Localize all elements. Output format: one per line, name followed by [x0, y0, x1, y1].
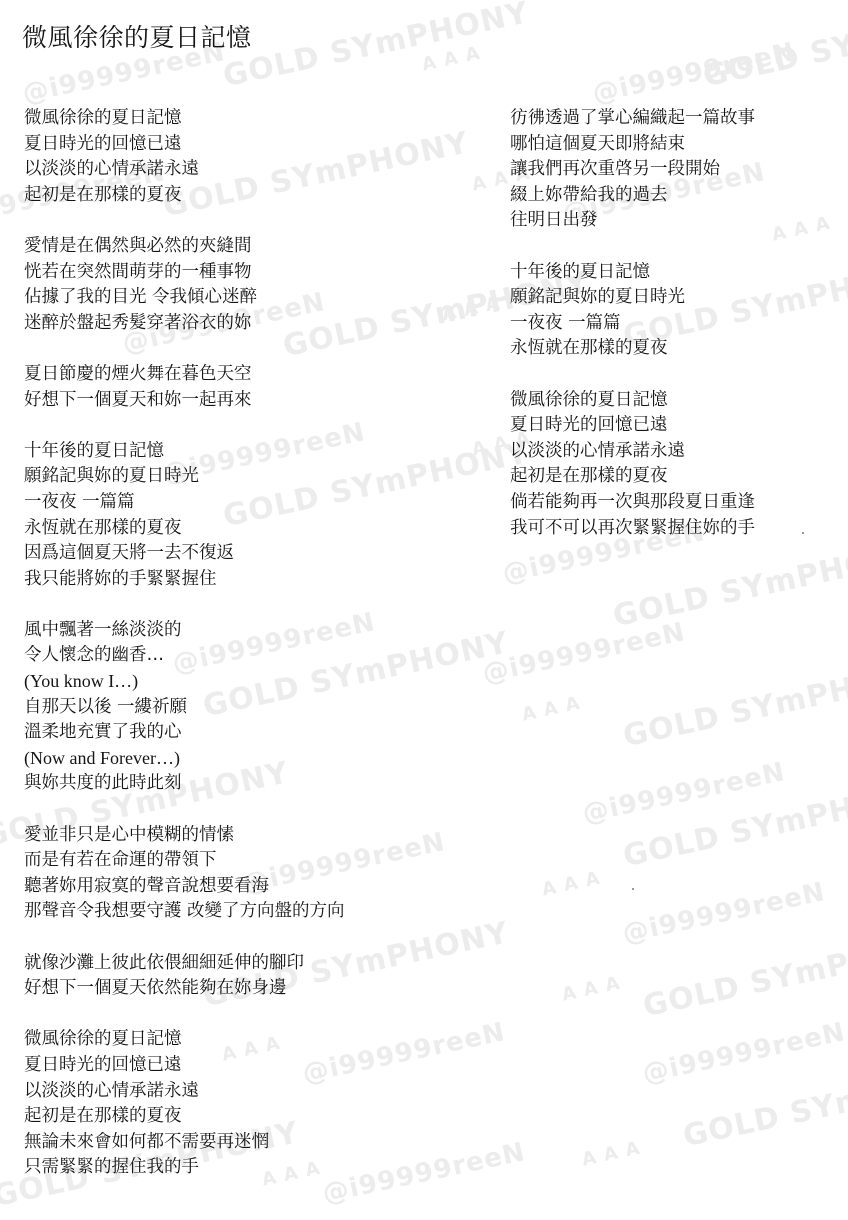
lyric-line: 一夜夜 一篇篇 [24, 490, 345, 516]
watermark-text: GOLD SYmPHONY [220, 0, 532, 94]
watermark-text: A A A [420, 43, 482, 76]
lyric-line: 那聲音令我想要守護 改變了方向盤的方向 [24, 899, 345, 925]
watermark-text: GOLD SYmPHONY [680, 1055, 848, 1154]
watermark-text: @i99999reeN [590, 37, 798, 109]
lyric-line: 起初是在那樣的夏夜 [510, 464, 755, 490]
watermark-text: A A A [520, 693, 582, 726]
watermark-text: @i99999reeN [480, 617, 688, 689]
watermark-text: @i99999reeN [640, 1017, 848, 1089]
watermark-text: A A A [560, 973, 622, 1006]
watermark-text: A A A [770, 213, 832, 246]
stanza: 風中飄著一絲淡淡的 令人懷念的幽香… (You know I…) 自那天以後 一… [24, 618, 345, 797]
lyric-line: 願銘記與妳的夏日時光 [24, 464, 345, 490]
lyric-line: 哪怕這個夏天即將結束 [510, 132, 755, 158]
lyric-line: 起初是在那樣的夏夜 [24, 1104, 345, 1130]
lyric-line: 願銘記與妳的夏日時光 [510, 285, 755, 311]
lyric-line: 就像沙灘上彼此依偎細細延伸的腳印 [24, 951, 345, 977]
stanza: 就像沙灘上彼此依偎細細延伸的腳印 好想下一個夏天依然能夠在妳身邊 [24, 951, 345, 1002]
lyric-line: 只需緊緊的握住我的手 [24, 1155, 345, 1181]
scan-speck [802, 532, 804, 534]
lyric-line: (You know I…) [24, 669, 345, 695]
watermark-text: @i99999reeN [580, 757, 788, 829]
lyric-line: 十年後的夏日記憶 [24, 439, 345, 465]
page-title: 微風徐徐的夏日記憶 [22, 20, 252, 56]
lyric-line: 讓我們再次重啓另一段開始 [510, 157, 755, 183]
watermark-text: GOLD SYmPHONY [620, 655, 848, 754]
lyric-line: 往明日出發 [510, 208, 755, 234]
lyric-line: 綴上妳帶給我的過去 [510, 183, 755, 209]
lyric-line: 微風徐徐的夏日記憶 [24, 106, 345, 132]
watermark-text: GOLD SYmPHONY [640, 925, 848, 1024]
stanza: 微風徐徐的夏日記憶 夏日時光的回憶已遠 以淡淡的心情承諾永遠 起初是在那樣的夏夜… [510, 388, 755, 542]
lyric-line: 永恆就在那樣的夏夜 [24, 516, 345, 542]
lyric-line: 微風徐徐的夏日記憶 [24, 1027, 345, 1053]
lyric-line: 以淡淡的心情承諾永遠 [510, 439, 755, 465]
lyric-line: 愛並非只是心中模糊的情愫 [24, 823, 345, 849]
lyric-line: 自那天以後 一縷祈願 [24, 695, 345, 721]
lyric-line: 愛情是在偶然與必然的夾縫間 [24, 234, 345, 260]
lyric-line: 以淡淡的心情承諾永遠 [24, 157, 345, 183]
stanza: 愛情是在偶然與必然的夾縫間 恍若在突然間萌芽的一種事物 佔據了我的目光 令我傾心… [24, 234, 345, 336]
stanza: 十年後的夏日記憶 願銘記與妳的夏日時光 一夜夜 一篇篇 永恆就在那樣的夏夜 [510, 260, 755, 362]
stanza: 愛並非只是心中模糊的情愫 而是有若在命運的帶領下 聽著妳用寂寞的聲音說想要看海 … [24, 823, 345, 925]
lyric-line: 與妳共度的此時此刻 [24, 771, 345, 797]
watermark-text: A A A [440, 293, 502, 326]
lyric-line: 溫柔地充實了我的心 [24, 720, 345, 746]
lyric-line: 夏日時光的回憶已遠 [24, 132, 345, 158]
lyric-line: 夏日節慶的煙火舞在暮色天空 [24, 362, 345, 388]
lyric-line: 好想下一個夏天和妳一起再來 [24, 388, 345, 414]
watermark-text: GOLD SYmPHONY [700, 0, 848, 94]
lyric-line: 佔據了我的目光 令我傾心迷醉 [24, 285, 345, 311]
lyric-line: 風中飄著一絲淡淡的 [24, 618, 345, 644]
lyric-line: 微風徐徐的夏日記憶 [510, 388, 755, 414]
lyric-line: 聽著妳用寂寞的聲音說想要看海 [24, 874, 345, 900]
lyric-line: 起初是在那樣的夏夜 [24, 183, 345, 209]
stanza: 微風徐徐的夏日記憶 夏日時光的回憶已遠 以淡淡的心情承諾永遠 起初是在那樣的夏夜… [24, 1027, 345, 1181]
scan-speck [632, 888, 634, 890]
lyric-line: (Now and Forever…) [24, 746, 345, 772]
lyric-line: 夏日時光的回憶已遠 [510, 413, 755, 439]
lyric-line: 倘若能夠再一次與那段夏日重逢 [510, 490, 755, 516]
lyric-line: 十年後的夏日記憶 [510, 260, 755, 286]
stanza: 十年後的夏日記憶 願銘記與妳的夏日時光 一夜夜 一篇篇 永恆就在那樣的夏夜 因爲… [24, 439, 345, 593]
lyric-line: 而是有若在命運的帶領下 [24, 848, 345, 874]
lyric-line: 迷醉於盤起秀髮穿著浴衣的妳 [24, 311, 345, 337]
lyric-line: 以淡淡的心情承諾永遠 [24, 1079, 345, 1105]
watermark-text: GOLD SYmPHONY [620, 775, 848, 874]
lyrics-column-right: 彷彿透過了掌心編織起一篇故事 哪怕這個夏天即將結束 讓我們再次重啓另一段開始 綴… [510, 106, 755, 567]
watermark-text: @i99999reeN [620, 877, 828, 949]
stanza: 微風徐徐的夏日記憶 夏日時光的回憶已遠 以淡淡的心情承諾永遠 起初是在那樣的夏夜 [24, 106, 345, 208]
lyric-line: 永恆就在那樣的夏夜 [510, 336, 755, 362]
lyrics-column-left: 微風徐徐的夏日記憶 夏日時光的回憶已遠 以淡淡的心情承諾永遠 起初是在那樣的夏夜… [24, 106, 345, 1207]
lyric-line: 我可不可以再次緊緊握住妳的手 [510, 516, 755, 542]
lyric-line: 夏日時光的回憶已遠 [24, 1053, 345, 1079]
lyric-line: 恍若在突然間萌芽的一種事物 [24, 260, 345, 286]
lyric-line: 我只能將妳的手緊緊握住 [24, 567, 345, 593]
lyric-line: 好想下一個夏天依然能夠在妳身邊 [24, 976, 345, 1002]
stanza: 彷彿透過了掌心編織起一篇故事 哪怕這個夏天即將結束 讓我們再次重啓另一段開始 綴… [510, 106, 755, 234]
stanza: 夏日節慶的煙火舞在暮色天空 好想下一個夏天和妳一起再來 [24, 362, 345, 413]
watermark-text: @i99999reeN [320, 1137, 528, 1209]
lyric-line: 令人懷念的幽香… [24, 643, 345, 669]
lyric-line: 無論未來會如何都不需要再迷惘 [24, 1130, 345, 1156]
lyric-line: 一夜夜 一篇篇 [510, 311, 755, 337]
watermark-text: A A A [540, 868, 602, 901]
lyric-line: 因爲這個夏天將一去不復返 [24, 541, 345, 567]
watermark-text: A A A [580, 1138, 642, 1171]
lyric-line: 彷彿透過了掌心編織起一篇故事 [510, 106, 755, 132]
